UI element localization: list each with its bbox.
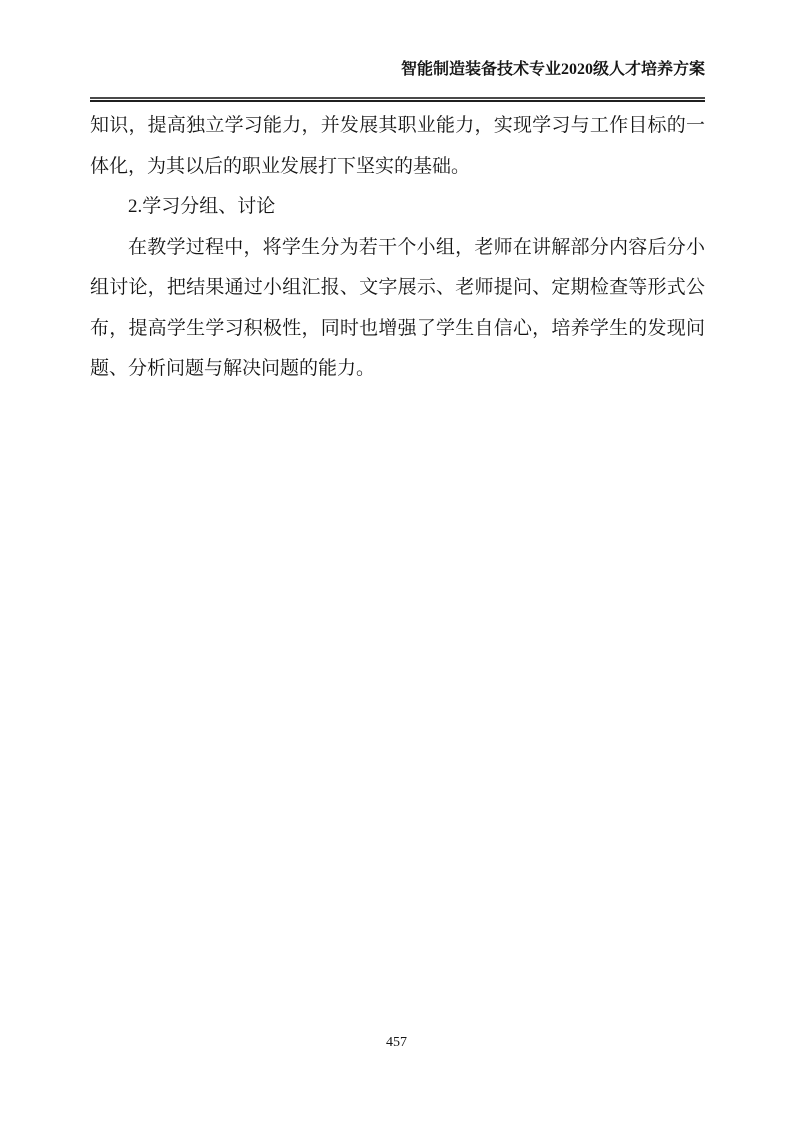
document-body: 知识，提高独立学习能力，并发展其职业能力，实现学习与工作目标的一体化，为其以后的… (90, 106, 705, 390)
page-header-title: 智能制造装备技术专业2020级人才培养方案 (90, 59, 705, 81)
header-divider-rule (90, 97, 705, 102)
body-paragraph-continuation: 知识，提高独立学习能力，并发展其职业能力，实现学习与工作目标的一体化，为其以后的… (90, 106, 705, 187)
body-paragraph-teaching-process: 在教学过程中，将学生分为若干个小组，老师在讲解部分内容后分小组讨论，把结果通过小… (90, 228, 705, 390)
body-subheading-learning-groups: 2.学习分组、讨论 (90, 187, 705, 228)
document-page: 智能制造装备技术专业2020级人才培养方案 知识，提高独立学习能力，并发展其职业… (0, 0, 793, 1122)
page-number: 457 (0, 1034, 793, 1052)
